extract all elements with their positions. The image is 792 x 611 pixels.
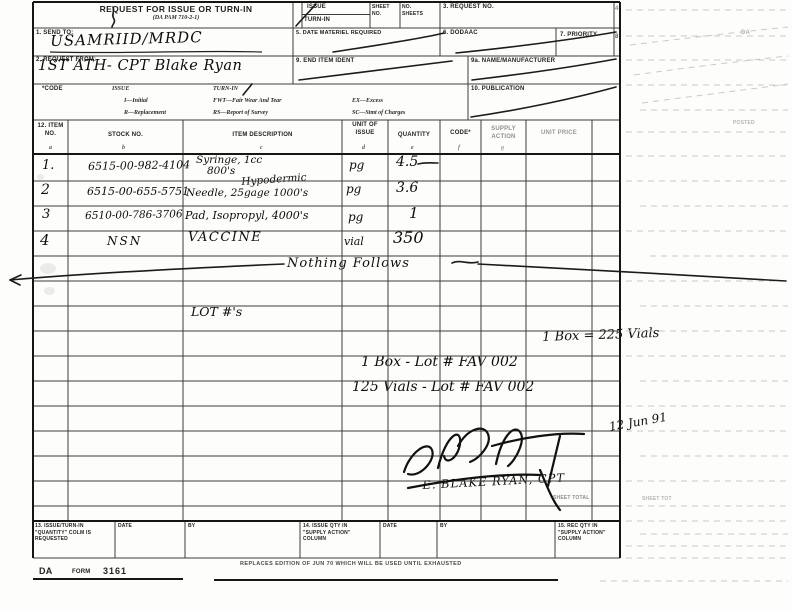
signature-date: 12 Jun 91: [608, 410, 668, 434]
col-header-unit-price: UNIT PRICE: [526, 130, 592, 138]
scan-smudge: [37, 174, 44, 180]
issue-label: ISSUE: [307, 4, 326, 12]
name-manufacturer-label: 9a. NAME/MANUFACTURER: [471, 58, 555, 66]
col-letter-d: d: [362, 145, 365, 151]
send-to-value: USAMRIID/MRDC: [50, 28, 203, 50]
priority-label: 7. PRIORITY: [560, 32, 597, 40]
date-materiel-label: 5. DATE MATERIEL REQUIRED: [296, 30, 381, 37]
box15-label: 15. REC QTY IN "SUPPLY ACTION" COLUMN: [558, 523, 610, 543]
legend-i-initial: I—Initial: [124, 98, 148, 104]
col-header-supply-action: SUPPLY ACTION: [487, 126, 520, 142]
row3-item-no: 3: [42, 207, 50, 222]
row1-item-no: 1.: [42, 158, 54, 173]
row1-unit: pg: [349, 158, 364, 172]
column-marker-4: 4: [615, 6, 619, 14]
faint-grid-lines: [600, 10, 788, 581]
footer-form-word: FORM: [72, 569, 90, 577]
legend-ex: EX—Excess: [352, 98, 383, 104]
row4-unit: vial: [344, 235, 364, 248]
row4-description: VACCINE: [188, 230, 262, 245]
row4-item-no: 4: [40, 231, 50, 249]
row3-stock-no: 6510-00-786-3706: [85, 208, 183, 222]
lot-numbers-note: LOT #'s: [191, 304, 242, 319]
nothing-follows-note: Nothing Follows: [287, 256, 410, 271]
no-sheets-label: NO. SHEETS: [402, 4, 432, 17]
col-letter-c: c: [260, 145, 263, 151]
note-box-lot: 1 Box - Lot # FAV 002: [361, 354, 518, 370]
row1-description-line2: 800's: [207, 165, 235, 177]
col-letter-f: f: [458, 145, 460, 151]
col-header-quantity: QUANTITY: [388, 132, 440, 140]
form-subtitle: (DA PAM 710-2-1): [60, 15, 292, 21]
row1-quantity: 4.5: [396, 154, 418, 170]
sheet-total-faint: SHEET TOT: [642, 496, 672, 503]
note-box-equals-vials: 1 Box = 225 Vials: [542, 326, 660, 345]
row2-unit: pg: [346, 182, 361, 196]
form-title: REQUEST FOR ISSUE OR TURN-IN: [60, 4, 292, 15]
footer-replaces-text: REPLACES EDITION OF JUN 70 WHICH WILL BE…: [240, 561, 462, 568]
box14-date-label: DATE: [383, 523, 397, 530]
footer-form-number: 3161: [103, 566, 127, 578]
end-item-ident-label: 9. END ITEM IDENT: [296, 58, 354, 66]
legend-code-label: *CODE: [42, 86, 63, 94]
row4-stock-no: NSN: [107, 234, 142, 248]
request-from-value: 1ST ATH- CPT Blake Ryan: [38, 58, 242, 74]
col-header-code: CODE*: [440, 130, 481, 138]
row2-quantity: 3.6: [396, 180, 418, 196]
row3-description: Pad, Isopropyl, 4000's: [185, 209, 308, 222]
request-no-label: 3. REQUEST NO.: [443, 4, 494, 12]
turn-in-label: TURN-IN: [304, 17, 330, 25]
col-letter-b: b: [122, 145, 125, 151]
col-header-stock-no: STOCK NO.: [68, 132, 183, 140]
box13-label: 13. ISSUE/TURN-IN "QUANTITY" COLM IS REQ…: [35, 523, 111, 543]
box13-date-label: DATE: [118, 523, 132, 530]
signature-printed-name: E. BLAKE RYAN, CPT: [422, 471, 565, 492]
da-faint-text: DA: [741, 30, 750, 38]
box14-label: 14. ISSUE QTY IN "SUPPLY ACTION" COLUMN: [303, 523, 369, 543]
footer-da: DA: [39, 566, 52, 578]
sheet-no-label: SHEET NO.: [372, 4, 396, 17]
row3-unit: pg: [348, 210, 363, 224]
scan-smudge: [40, 263, 56, 274]
row2-item-no: 2: [41, 182, 50, 198]
col-header-posted-faint: POSTED: [733, 120, 755, 127]
col-header-item-description: ITEM DESCRIPTION: [183, 132, 342, 140]
row4-quantity: 350: [393, 228, 424, 247]
row2-stock-no: 6515-00-655-5751: [87, 185, 189, 198]
legend-fwt: FWT—Fair Wear And Tear: [213, 98, 282, 104]
scan-smudge: [44, 287, 55, 295]
legend-rs: RS—Report of Survey: [213, 110, 268, 116]
box13-by-label: BY: [188, 523, 195, 530]
col-letter-g: g: [501, 145, 504, 151]
col-header-unit-of-issue: UNIT OF ISSUE: [351, 122, 379, 138]
box14-by-label: BY: [440, 523, 447, 530]
publication-label: 10. PUBLICATION: [471, 86, 525, 94]
da-form-3161-scan: REQUEST FOR ISSUE OR TURN-IN (DA PAM 710…: [0, 0, 792, 611]
sheet-total-label: SHEET TOTAL: [553, 495, 589, 502]
col-header-item-no: 12. ITEM NO.: [36, 123, 65, 139]
col-letter-e: e: [411, 145, 414, 151]
legend-turnin-heading: TURN-IN: [213, 86, 238, 92]
col-letter-a: a: [49, 145, 52, 151]
row2-description-line1: Hypodermic: [241, 171, 307, 188]
row2-description-line2: Needle, 25gage 1000's: [186, 187, 308, 199]
dodaac-label: 6. DODAAC: [443, 30, 478, 38]
row3-quantity: 1: [409, 204, 419, 222]
legend-r-replacement: R—Replacement: [124, 110, 166, 116]
legend-issue-heading: ISSUE: [112, 86, 129, 92]
note-vials-lot: 125 Vials - Lot # FAV 002: [352, 379, 534, 395]
legend-sc: SC—Stmt of Charges: [352, 110, 405, 116]
column-marker-8: 8: [615, 34, 619, 42]
row1-stock-no: 6515-00-982-4104: [88, 158, 190, 173]
handwriting-underline: [50, 51, 262, 52]
